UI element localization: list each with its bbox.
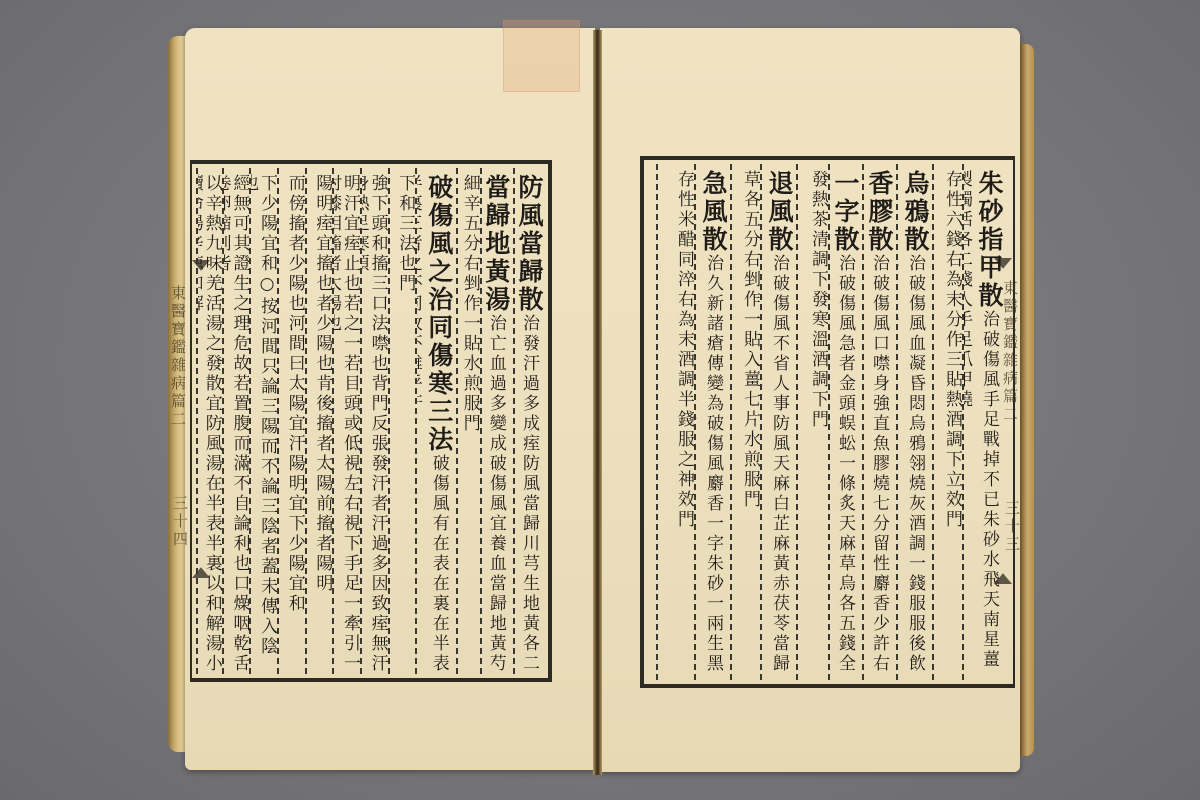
text-column: 發熱茶清調下發寒溫酒調下門 xyxy=(796,164,828,680)
text-column: 一字散治破傷風急者金頭蜈蚣一條炙天麻草烏各五錢全蝎十箇白芷一錢右為末每一字 xyxy=(828,164,862,680)
prescription-note: 發熱茶清調下發寒溫酒調下門 xyxy=(808,170,828,430)
text-column: 防風當歸散治發汗過多成痓防風當歸川芎生地黃各二錢半右剉作一貼水煎服門 xyxy=(513,168,546,674)
text-column: 存性米醋同淬右為末酒調半錢服之神效門 xyxy=(656,164,694,680)
prescription-title: 一字散 xyxy=(831,170,860,254)
body-text: 而傍搐者少陽也河間曰太陽宜汗陽明宜下少陽宜和 xyxy=(285,174,305,614)
prescription-title: 退風散 xyxy=(765,170,794,254)
text-column: 下和三法也門 xyxy=(388,168,416,674)
text-column: 以辛熱九味羌活湯之發散宜防風湯在半表半裏以和解湯小續命湯辛涼和解 xyxy=(196,168,222,674)
text-column: 草各五分右剉作一貼入薑七片水煎服門 xyxy=(730,164,760,680)
body-text: 明汗宜痓止也若之一若目頭或低視左右視下手足一牽引一肘膝相搐者太陽也 xyxy=(332,174,360,674)
body-text: 強下頭和搐三口法噤也背門反張發汗者汗過多因致痓無汗身熱足寒項 xyxy=(360,174,388,674)
prescription-title: 香膠散 xyxy=(865,170,894,254)
right-page-text-columns: 朱砂指甲散治破傷風手足戰掉不已朱砂水飛天南星薑製獨活各二錢人手足爪甲燒 存性六錢… xyxy=(646,164,1006,680)
text-column: 破傷風之治同傷寒三法破傷風有在表在裏在半表半裏三者之不同故不離乎汗 xyxy=(415,168,455,674)
prescription-title: 急風散 xyxy=(699,170,728,254)
body-text: 下和三法也門 xyxy=(395,174,415,294)
text-column: 烏鴉散治破傷風血凝昏悶烏鴉翎燒灰酒調一錢服服後飲酒一二盞以助藥勢門 xyxy=(896,164,932,680)
prescription-title: 烏鴉散 xyxy=(901,170,930,254)
prescription-title: 朱砂指甲散 xyxy=(975,170,1004,310)
book-gutter xyxy=(593,30,602,775)
text-column: 香膠散治破傷風口噤身強直魚膠燒七分留性麝香少許右細末每二錢熱酒調下 xyxy=(862,164,896,680)
text-column: 存性六錢右為末分作三貼熱酒調下立效門 xyxy=(932,164,962,680)
text-column: 而傍搐者少陽也河間曰太陽宜汗陽明宜下少陽宜和 xyxy=(277,168,305,674)
body-text: 下少陽宜和○按河間只論三陽而不論三陰者蓋未傳入陰也 xyxy=(249,174,277,657)
text-column: 明汗宜痓止也若之一若目頭或低視左右視下手足一牽引一肘膝相搐者太陽也 xyxy=(332,168,360,674)
body-text: 經無可其證生之理危故若置腹而滿不自論利也口燥咽乾舌卷卵縮則皆 xyxy=(222,174,250,674)
text-column: 陽明痓宜搐也者少陽也肯後搐者太陽前搐者陽明 xyxy=(305,168,333,674)
text-column: 強下頭和搐三口法噤也背門反張發汗者汗過多因致痓無汗身熱足寒項 xyxy=(360,168,388,674)
prescription-title: 當歸地黃湯 xyxy=(482,174,511,314)
left-page-text-columns: 防風當歸散治發汗過多成痓防風當歸川芎生地黃各二錢半右剉作一貼水煎服門 當歸地黃湯… xyxy=(196,168,546,674)
prescription-note: 存性米醋同淬右為末酒調半錢服之神效門 xyxy=(674,170,694,530)
left-page-number: 三十四 xyxy=(170,495,191,549)
body-text: 以辛熱九味羌活湯之發散宜防風湯在半表半裏以和解湯小續命湯辛涼和解 xyxy=(196,174,222,674)
prescription-note: 細辛五分右剉作一貼水煎服門 xyxy=(460,174,480,434)
left-running-title: 東醫寶鑑雜病篇二 xyxy=(168,285,189,429)
prescription-title: 防風當歸散 xyxy=(515,174,544,314)
text-column: 當歸地黃湯治亡血過多變成破傷風宜養血當歸地黃芍藥川芎藁本防風白芷各一錢 xyxy=(480,168,513,674)
text-column: 經無可其證生之理危故若置腹而滿不自論利也口燥咽乾舌卷卵縮則皆 xyxy=(222,168,250,674)
prescription-note: 存性六錢右為末分作三貼熱酒調下立效門 xyxy=(942,170,962,530)
text-column: 細辛五分右剉作一貼水煎服門 xyxy=(456,168,480,674)
prescription-note: 草各五分右剉作一貼入薑七片水煎服門 xyxy=(740,170,760,510)
text-column: 退風散治破傷風不省人事防風天麻白芷麻黃赤茯苓當歸各一錢薄荷七分荊芥白殭蠶甘 xyxy=(760,164,796,680)
text-column: 下少陽宜和○按河間只論三陽而不論三陰者蓋未傳入陰也 xyxy=(249,168,277,674)
text-column: 朱砂指甲散治破傷風手足戰掉不已朱砂水飛天南星薑製獨活各二錢人手足爪甲燒 xyxy=(962,164,1006,680)
section-heading: 破傷風之治同傷寒三法 xyxy=(425,174,454,454)
text-column: 急風散治久新諸瘡傳變為破傷風麝香一字朱砂一兩生黑豆二錢半草烏三兩半生用半焙 xyxy=(694,164,730,680)
body-text: 陽明痓宜搐也者少陽也肯後搐者太陽前搐者陽明 xyxy=(312,174,332,594)
faded-seal-stamp xyxy=(503,20,580,92)
